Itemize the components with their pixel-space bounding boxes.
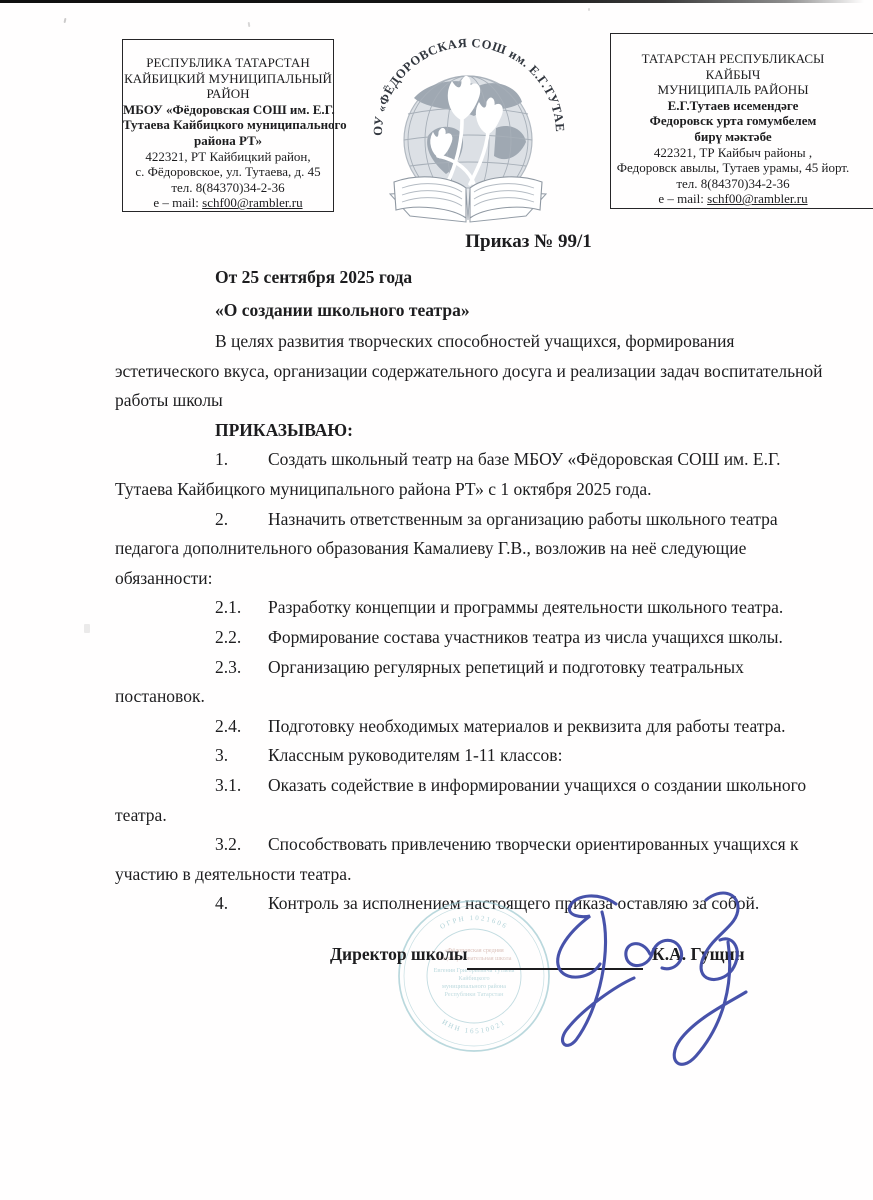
letterhead-line: Федоровск авылы, Тутаев урамы, 45 йорт. xyxy=(613,160,853,176)
letterhead-line: МБОУ «Фёдоровская СОШ им. Е.Г. xyxy=(123,102,333,118)
item-number: 3. xyxy=(215,741,268,771)
order-item: 3.1.Оказать содействие в информировании … xyxy=(115,771,826,830)
school-stamp: ОГРН 1021606 ИНН 16510021 «Фёдоровская с… xyxy=(394,896,554,1056)
item-number: 3.2. xyxy=(215,830,268,860)
item-number: 4. xyxy=(215,889,268,919)
stamp-line: Кайбицкого xyxy=(458,975,489,982)
letterhead-line: с. Фёдоровское, ул. Тутаева, д. 45 xyxy=(123,164,333,180)
order-subject: «О создании школьного театра» xyxy=(115,294,826,327)
stamp-ring-top-text: ОГРН 1021606 xyxy=(439,914,510,931)
email-address: schf00@rambler.ru xyxy=(707,191,807,206)
letterhead-line: тел. 8(84370)34-2-36 xyxy=(613,176,853,192)
item-number: 2. xyxy=(215,505,268,535)
letterhead-line: Федоровск урта гомумбелем xyxy=(613,113,853,129)
stamp-ring-bottom: ИНН 16510021 xyxy=(441,1018,508,1035)
order-item: 2.2.Формирование состава участников теат… xyxy=(115,623,826,653)
item-number: 2.1. xyxy=(215,593,268,623)
letterhead-left-block: РЕСПУБЛИКА ТАТАРСТАН КАЙБИЦКИЙ МУНИЦИПАЛ… xyxy=(122,39,334,212)
order-item: 3.Классным руководителям 1-11 классов: xyxy=(115,741,826,771)
letterhead-line: КАЙБЫЧ xyxy=(613,67,853,83)
letterhead-line: МУНИЦИПАЛЬ РАЙОНЫ xyxy=(613,82,853,98)
order-body: Приказ № 99/1 От 25 сентября 2025 года «… xyxy=(115,229,826,919)
order-item: 2.1.Разработку концепции и программы дея… xyxy=(115,593,826,623)
email-label: e – mail: xyxy=(658,191,707,206)
stamp-ring-bottom-text: ИНН 16510021 xyxy=(441,1018,508,1035)
order-item: 2.3.Организацию регулярных репетиций и п… xyxy=(115,653,826,712)
decree-word: ПРИКАЗЫВАЮ: xyxy=(115,416,826,446)
email-label: e – mail: xyxy=(153,195,202,210)
order-date: От 25 сентября 2025 года xyxy=(115,261,826,294)
scan-speck xyxy=(84,624,90,633)
item-number: 2.2. xyxy=(215,623,268,653)
letterhead-email-line: e – mail: schf00@rambler.ru xyxy=(123,195,333,211)
letterhead-line: КАЙБИЦКИЙ МУНИЦИПАЛЬНЫЙ xyxy=(123,71,333,87)
stamp-line: муниципального района xyxy=(442,983,506,990)
handwritten-signature xyxy=(538,878,773,1083)
stamp-ring-top: ОГРН 1021606 xyxy=(439,914,510,931)
letterhead-line: 422321, РТ Кайбицкий район, xyxy=(123,149,333,165)
order-item: 2.4.Подготовку необходимых материалов и … xyxy=(115,712,826,742)
scanned-order-page: РЕСПУБЛИКА ТАТАРСТАН КАЙБИЦКИЙ МУНИЦИПАЛ… xyxy=(0,0,873,1200)
item-number: 3.1. xyxy=(215,771,268,801)
item-text: Подготовку необходимых материалов и рекв… xyxy=(268,716,786,736)
school-emblem-graphic: МБОУ «ФЁДОРОВСКАЯ СОШ им. Е.Г.ТУТАЕВА» xyxy=(366,24,570,226)
order-item: 1.Создать школьный театр на базе МБОУ «Ф… xyxy=(115,445,826,504)
scan-artifact-topline xyxy=(0,0,873,3)
stamp-line: Республики Татарстан xyxy=(444,991,504,998)
order-preamble: В целях развития творческих способностей… xyxy=(115,327,826,416)
letterhead-line: 422321, ТР Кайбыч районы , xyxy=(613,145,853,161)
letterhead-line: района РТ» xyxy=(123,133,333,149)
order-item: 2.Назначить ответственным за организацию… xyxy=(115,505,826,594)
letterhead-right-block: ТАТАРСТАН РЕСПУБЛИКАСЫ КАЙБЫЧ МУНИЦИПАЛЬ… xyxy=(610,33,873,209)
letterhead-line: ТАТАРСТАН РЕСПУБЛИКАСЫ xyxy=(613,51,853,67)
item-text: Организацию регулярных репетиций и подго… xyxy=(115,657,744,707)
letterhead-line: Тутаева Кайбицкого муниципального xyxy=(123,117,333,133)
letterhead-line: Е.Г.Тутаев исемендәге xyxy=(613,98,853,114)
item-number: 2.3. xyxy=(215,653,268,683)
order-title: Приказ № 99/1 xyxy=(231,229,826,255)
item-number: 1. xyxy=(215,445,268,475)
scan-speck xyxy=(64,18,67,23)
email-address: schf00@rambler.ru xyxy=(202,195,302,210)
signature-role-label: Директор школы xyxy=(330,944,468,965)
letterhead-email-line: e – mail: schf00@rambler.ru xyxy=(613,191,853,207)
item-text: Разработку концепции и программы деятель… xyxy=(268,597,783,617)
scan-speck xyxy=(248,22,251,27)
letterhead-line: РАЙОН xyxy=(123,86,333,102)
item-text: Формирование состава участников театра и… xyxy=(268,627,783,647)
letterhead-line: бирү мәктәбе xyxy=(613,129,853,145)
item-number: 2.4. xyxy=(215,712,268,742)
scan-speck xyxy=(588,8,590,11)
school-emblem: МБОУ «ФЁДОРОВСКАЯ СОШ им. Е.Г.ТУТАЕВА» xyxy=(366,24,570,226)
item-text: Классным руководителям 1-11 классов: xyxy=(268,745,562,765)
letterhead-line: тел. 8(84370)34-2-36 xyxy=(123,180,333,196)
letterhead-line: РЕСПУБЛИКА ТАТАРСТАН xyxy=(123,55,333,71)
